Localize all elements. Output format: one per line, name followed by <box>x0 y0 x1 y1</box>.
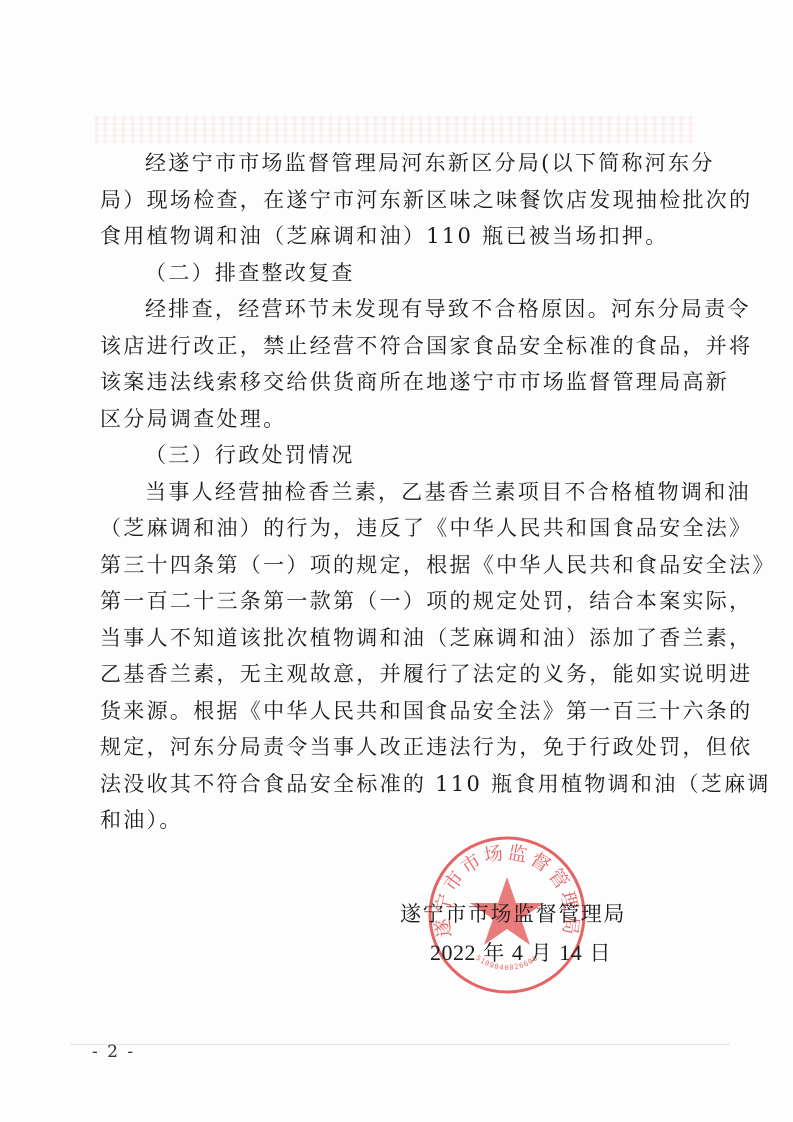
text-line: 该案违法线索移交给供货商所在地遂宁市市场监督管理局高新 <box>100 364 684 401</box>
document-page: 经遂宁市市场监督管理局河东新区分局(以下简称河东分 局）现场检查，在遂宁市河东新… <box>0 0 793 1122</box>
masthead-bleed-through <box>95 115 695 143</box>
text-line: 局）现场检查，在遂宁市河东新区味之味餐饮店发现抽检批次的 <box>100 182 684 219</box>
text-line: 经排查，经营环节未发现有导致不合格原因。河东分局责令 <box>100 291 684 328</box>
date-day-unit: 日 <box>589 941 611 965</box>
section-heading-2: （二）排查整改复查 <box>100 255 684 292</box>
text-line: 乙基香兰素，无主观故意，并履行了法定的义务，能如实说明进 <box>100 656 684 693</box>
text-line: 第一百二十三条第一款第（一）项的规定处罚，结合本案实际， <box>100 583 684 620</box>
date-year-unit: 年 <box>483 941 505 965</box>
text-line: 法没收其不符合食品安全标准的 110 瓶食用植物调和油（芝麻调 <box>100 766 684 803</box>
document-body: 经遂宁市市场监督管理局河东新区分局(以下简称河东分 局）现场检查，在遂宁市河东新… <box>100 145 684 839</box>
page-number: - 2 - <box>92 1042 135 1062</box>
issue-date: 2022 年 4 月 14 日 <box>430 937 611 967</box>
text-line: 该店进行改正，禁止经营不符合国家食品安全标准的食品，并将 <box>100 328 684 365</box>
text-line: 区分局调查处理。 <box>100 401 684 438</box>
text-line: 经遂宁市市场监督管理局河东新区分局(以下简称河东分 <box>100 145 684 182</box>
date-month-unit: 月 <box>531 941 553 965</box>
date-year: 2022 <box>430 940 476 965</box>
text-line: 规定，河东分局责令当事人改正违法行为，免于行政处罚，但依 <box>100 729 684 766</box>
text-line: 第三十四条第（一）项的规定，根据《中华人民共和食品安全法》 <box>100 547 684 584</box>
date-month: 4 <box>512 940 524 965</box>
date-day: 14 <box>559 940 582 965</box>
text-line: （芝麻调和油）的行为，违反了《中华人民共和国食品安全法》 <box>100 510 684 547</box>
text-line: 和油）。 <box>100 802 684 839</box>
text-line: 当事人不知道该批次植物调和油（芝麻调和油）添加了香兰素， <box>100 620 684 657</box>
footer-divider <box>70 1044 730 1045</box>
text-line: 食用植物调和油（芝麻调和油）110 瓶已被当场扣押。 <box>100 218 684 255</box>
section-heading-3: （三）行政处罚情况 <box>100 437 684 474</box>
text-line: 货来源。根据《中华人民共和国食品安全法》第一百三十六条的 <box>100 693 684 730</box>
text-line: 当事人经营抽检香兰素，乙基香兰素项目不合格植物调和油 <box>100 474 684 511</box>
issuer-signature: 遂宁市市场监督管理局 <box>400 898 626 928</box>
